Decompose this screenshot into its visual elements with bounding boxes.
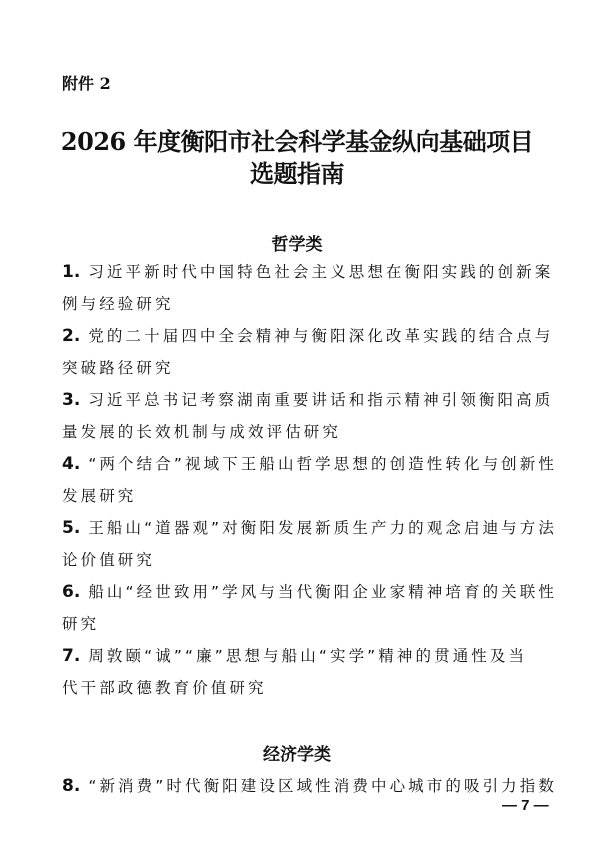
list-item-7-cont: 代干部政德教育价值研究: [62, 672, 554, 704]
list-item-3-cont: 量发展的长效机制与成效评估研究: [62, 416, 554, 448]
list-item-1-cont: 例与经验研究: [62, 288, 554, 320]
attachment-label: 附件 2: [62, 71, 111, 94]
list-item-1: 1. 习近平新时代中国特色社会主义思想在衡阳实践的创新案: [62, 256, 554, 288]
document-title: 2026 年度衡阳市社会科学基金纵向基础项目 选题指南: [0, 126, 594, 190]
list-item-2: 2. 党的二十届四中全会精神与衡阳深化改革实践的结合点与: [62, 320, 554, 352]
list-item-6: 6. 船山“经世致用”学风与当代衡阳企业家精神培育的关联性: [62, 576, 554, 608]
list-item-2-cont: 突破路径研究: [62, 352, 554, 384]
list-item-4: 4. “两个结合”视域下王船山哲学思想的创造性转化与创新性: [62, 448, 554, 480]
list-item-6-cont: 研究: [62, 608, 554, 640]
list-item-5: 5. 王船山“道器观”对衡阳发展新质生产力的观念启迪与方法: [62, 512, 554, 544]
title-line-1: 2026 年度衡阳市社会科学基金纵向基础项目: [0, 126, 594, 158]
title-line-2: 选题指南: [0, 158, 594, 190]
list-item-8: 8. “新消费”时代衡阳建设区域性消费中心城市的吸引力指数: [62, 770, 554, 802]
list-item-7: 7. 周敦颐“诚”“廉”思想与船山“实学”精神的贯通性及当: [62, 640, 554, 672]
philosophy-topic-list: 1. 习近平新时代中国特色社会主义思想在衡阳实践的创新案 例与经验研究 2. 党…: [62, 256, 554, 704]
list-item-5-cont: 论价值研究: [62, 544, 554, 576]
page-number: — 7 —: [502, 797, 549, 814]
list-item-4-cont: 发展研究: [62, 480, 554, 512]
section-heading-philosophy: 哲学类: [0, 230, 594, 255]
list-item-3: 3. 习近平总书记考察湖南重要讲话和指示精神引领衡阳高质: [62, 384, 554, 416]
section-heading-economics: 经济学类: [0, 740, 594, 765]
economics-topic-list: 8. “新消费”时代衡阳建设区域性消费中心城市的吸引力指数: [62, 770, 554, 802]
